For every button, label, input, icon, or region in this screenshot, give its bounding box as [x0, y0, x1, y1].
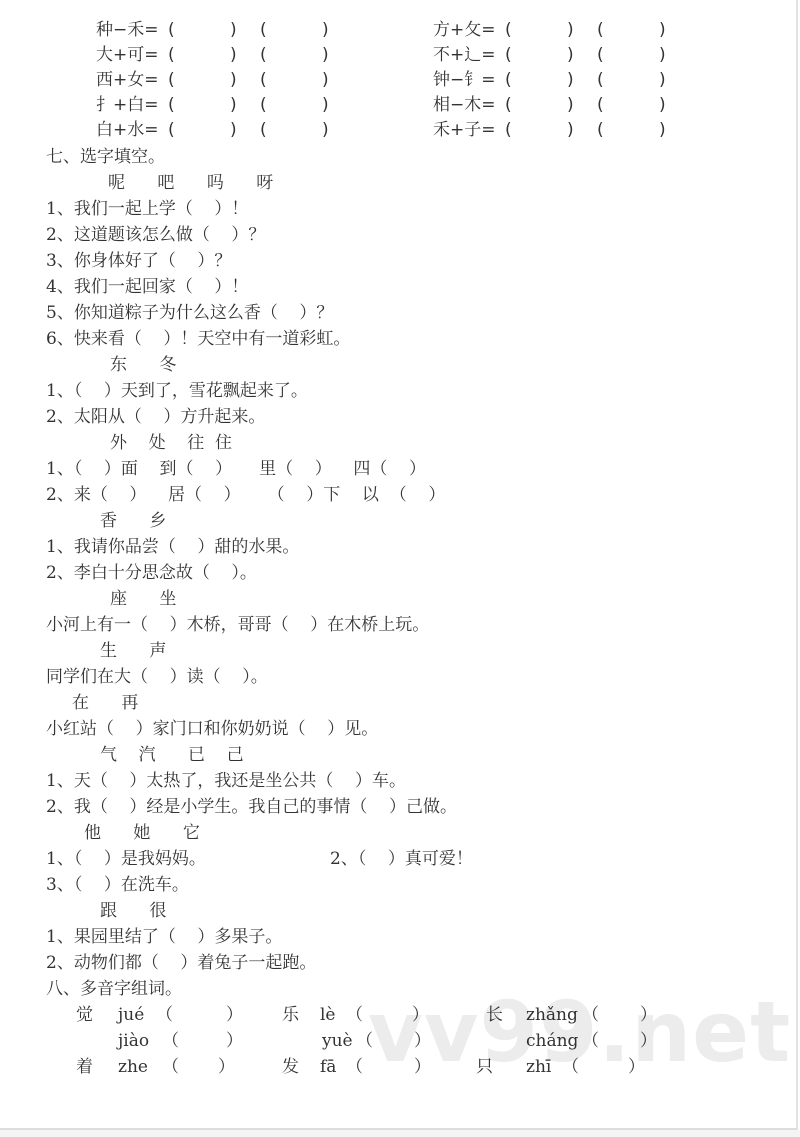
question-item: 2、李白十分思念故（ ）。	[46, 562, 257, 584]
question-item: 1、果园里结了（ ）多果子。	[46, 926, 282, 948]
blank-open: (	[505, 44, 512, 66]
blank-open: （	[156, 1004, 173, 1026]
pinyin-reading: jué	[118, 1004, 144, 1026]
question-item: 3、你身体好了（ ）？	[46, 250, 231, 272]
choice-characters: 生 声	[100, 640, 166, 662]
blank-open: (	[168, 94, 175, 116]
blank-close: )	[322, 44, 329, 66]
blank-open: (	[505, 119, 512, 141]
question-item: 小红站（ ）家门口和你奶奶说（ ）见。	[46, 718, 378, 740]
question-item: 1、我们一起上学（ ）！	[46, 198, 248, 220]
choice-characters: 呢 吧 吗 呀	[108, 172, 273, 194]
blank-open: (	[597, 19, 604, 41]
blank-open: （	[162, 1030, 179, 1052]
equation-expression: 不+辶=	[433, 45, 496, 65]
equation-expression: 禾+子=	[433, 120, 496, 140]
question-item: 2、动物们都（ ）着兔子一起跑。	[46, 952, 316, 974]
choice-characters: 在 再	[72, 692, 138, 714]
blank-open: (	[260, 19, 267, 41]
equation-expression: 方+攵=	[433, 20, 496, 40]
question-item: 1、（ ）天到了，雪花飘起来了。	[46, 380, 308, 402]
blank-open: (	[168, 119, 175, 141]
blank-close: )	[567, 44, 574, 66]
blank-open: (	[260, 69, 267, 91]
blank-close: )	[322, 69, 329, 91]
question-item: 1、（ ）面 到（ ） 里（ ） 四（ ）	[46, 458, 426, 480]
blank-close: )	[659, 44, 666, 66]
blank-open: （	[346, 1004, 363, 1026]
equation-expression: 扌+白=	[96, 95, 159, 115]
equation-expression: 种−禾=	[96, 20, 159, 40]
polyphone-char: 着	[76, 1056, 93, 1078]
equation-row: 白+水=()()	[96, 119, 159, 141]
blank-close: ）	[218, 1056, 235, 1078]
question-item: 2、来（ ） 居（ ） （ ）下 以 （ ）	[46, 484, 445, 506]
blank-open: (	[597, 94, 604, 116]
equation-expression: 白+水=	[96, 120, 159, 140]
equation-row: 大+可=()()	[96, 44, 159, 66]
question-item: 6、快来看（ ）！天空中有一道彩虹。	[46, 328, 350, 350]
section-8-title: 八、多音字组词。	[46, 978, 182, 1000]
blank-close: )	[322, 19, 329, 41]
question-item: 小河上有一（ ）木桥，哥哥（ ）在木桥上玩。	[46, 614, 429, 636]
question-item: 2、（ ）真可爱！	[330, 848, 473, 870]
question-item: 2、我（ ）经是小学生。我自己的事情（ ）己做。	[46, 796, 457, 818]
blank-open: (	[260, 94, 267, 116]
question-item: 5、你知道粽子为什么这么香（ ）？	[46, 302, 333, 324]
blank-close: )	[322, 94, 329, 116]
equation-expression: 相−木=	[433, 95, 496, 115]
blank-close: )	[230, 19, 237, 41]
blank-close: )	[567, 119, 574, 141]
blank-close: )	[567, 94, 574, 116]
equation-row: 扌+白=()()	[96, 94, 159, 116]
equation-expression: 大+可=	[96, 45, 159, 65]
pinyin-reading: lè	[320, 1004, 336, 1026]
equation-expression: 钟−钅=	[433, 70, 496, 90]
blank-open: （	[162, 1056, 179, 1078]
section-7-title: 七、选字填空。	[46, 146, 165, 168]
question-item: 4、我们一起回家（ ）！	[46, 276, 248, 298]
choice-characters: 外 处 往 住	[110, 432, 232, 454]
blank-open: (	[168, 69, 175, 91]
blank-close: )	[230, 44, 237, 66]
blank-open: (	[168, 44, 175, 66]
question-item: 1、天（ ）太热了，我还是坐公共（ ）车。	[46, 770, 406, 792]
pinyin-reading: yuè	[322, 1030, 353, 1052]
blank-close: )	[659, 69, 666, 91]
worksheet-page: 种−禾=()() 大+可=()() 西+女=()() 扌+白=()() 白+水=…	[0, 0, 798, 1130]
equation-row: 钟−钅=()()	[433, 69, 496, 91]
question-item: 1、我请你品尝（ ）甜的水果。	[46, 536, 299, 558]
blank-open: (	[505, 69, 512, 91]
blank-open: (	[260, 119, 267, 141]
equation-row: 相−木=()()	[433, 94, 496, 116]
watermark: vv99.net	[368, 990, 791, 1074]
blank-close: )	[659, 94, 666, 116]
equation-row: 不+辶=()()	[433, 44, 496, 66]
choice-characters: 气 汽 已 己	[100, 744, 244, 766]
page-gutter	[0, 1130, 800, 1137]
blank-close: )	[567, 69, 574, 91]
pinyin-reading: zhe	[118, 1056, 148, 1078]
polyphone-char: 发	[282, 1056, 299, 1078]
question-item: 2、这道题该怎么做（ ）？	[46, 224, 265, 246]
choice-characters: 他 她 它	[84, 822, 200, 844]
blank-close: )	[567, 19, 574, 41]
blank-open: (	[505, 94, 512, 116]
equation-row: 种−禾=()()	[96, 19, 159, 41]
polyphone-char: 乐	[282, 1004, 299, 1026]
question-item: 3、（ ）在洗车。	[46, 874, 189, 896]
blank-close: ）	[226, 1030, 243, 1052]
blank-close: )	[659, 119, 666, 141]
blank-open: (	[597, 69, 604, 91]
blank-open: (	[597, 44, 604, 66]
blank-close: )	[322, 119, 329, 141]
equation-expression: 西+女=	[96, 70, 159, 90]
choice-characters: 座 坐	[110, 588, 176, 610]
choice-characters: 香 乡	[100, 510, 166, 532]
blank-open: (	[260, 44, 267, 66]
choice-characters: 东 冬	[110, 354, 176, 376]
pinyin-reading: fā	[320, 1056, 336, 1078]
blank-open: （	[346, 1056, 363, 1078]
equation-row: 方+攵=()()	[433, 19, 496, 41]
question-item: 2、太阳从（ ）方升起来。	[46, 406, 265, 428]
blank-close: )	[230, 119, 237, 141]
blank-close: )	[659, 19, 666, 41]
blank-close: )	[230, 94, 237, 116]
equation-row: 西+女=()()	[96, 69, 159, 91]
blank-close: ）	[226, 1004, 243, 1026]
blank-close: )	[230, 69, 237, 91]
blank-open: (	[168, 19, 175, 41]
blank-open: (	[505, 19, 512, 41]
question-item: 1、（ ）是我妈妈。	[46, 848, 206, 870]
choice-characters: 跟 很	[100, 900, 166, 922]
pinyin-reading: jiào	[118, 1030, 149, 1052]
question-item: 同学们在大（ ）读（ ）。	[46, 666, 268, 688]
equation-row: 禾+子=()()	[433, 119, 496, 141]
polyphone-char: 觉	[76, 1004, 93, 1026]
blank-open: (	[597, 119, 604, 141]
